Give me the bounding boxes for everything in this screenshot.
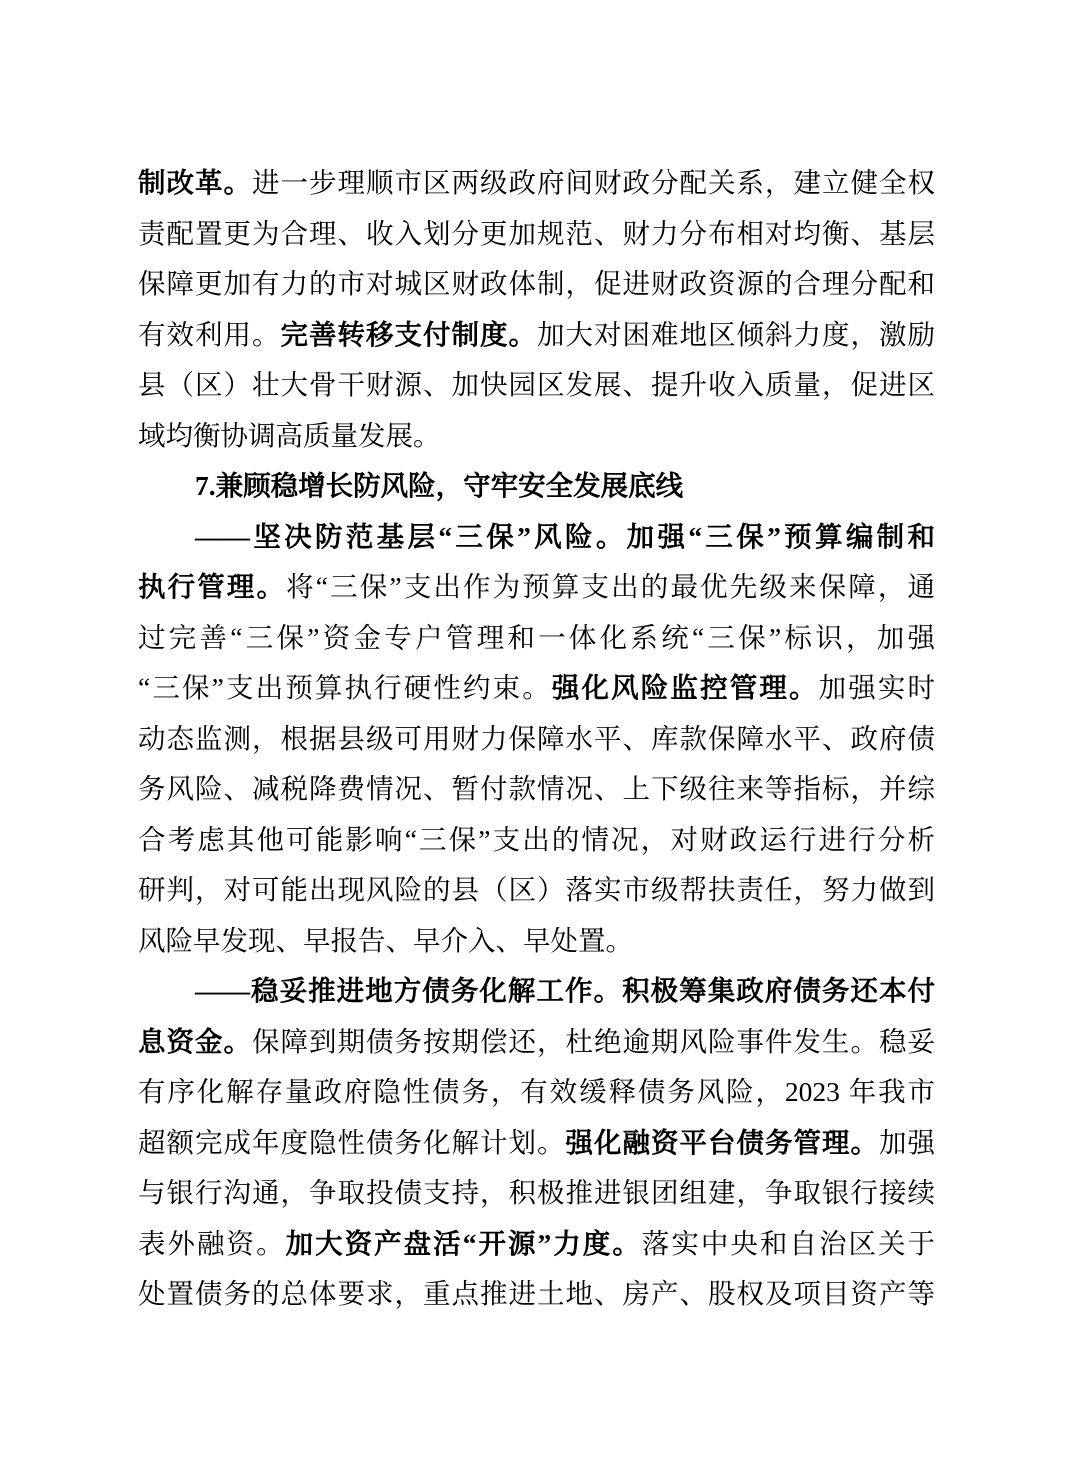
- text-run: 务风险、减税降费情况、暂付款情况、上下级往来等指标，并综: [138, 773, 935, 804]
- text-run: 动态监测，根据县级可用财力保障水平、库款保障水平、政府债: [138, 723, 935, 754]
- text-line: 合考虑其他可能影响“三保”支出的情况，对财政运行进行分析: [138, 815, 935, 866]
- text-run: 加强: [879, 1127, 935, 1158]
- text-line: 有序化解存量政府隐性债务，有效缓释债务风险，2023 年我市: [138, 1067, 935, 1118]
- text-run: 域均衡协调高质量发展。: [138, 420, 441, 451]
- text-line: 制改革。进一步理顺市区两级政府间财政分配关系，建立健全权: [138, 158, 935, 209]
- text-line: 研判，对可能出现风险的县（区）落实市级帮扶责任，努力做到: [138, 865, 935, 916]
- document-body: 制改革。进一步理顺市区两级政府间财政分配关系，建立健全权责配置更为合理、收入划分…: [138, 158, 935, 1320]
- text-run: 县（区）壮大骨干财源、加快园区发展、提升收入质量，促进区: [138, 369, 935, 400]
- bold-text-run: 息资金。: [138, 1026, 252, 1057]
- text-run: 超额完成年度隐性债务化解计划。: [138, 1127, 566, 1158]
- text-line: 执行管理。将“三保”支出作为预算支出的最优先级来保障，通: [138, 562, 935, 613]
- text-line: 动态监测，根据县级可用财力保障水平、库款保障水平、政府债: [138, 714, 935, 765]
- text-line: 息资金。保障到期债务按期偿还，杜绝逾期风险事件发生。稳妥: [138, 1017, 935, 1068]
- text-run: 进一步理顺市区两级政府间财政分配关系，建立健全权: [252, 167, 935, 198]
- text-run: 表外融资。: [138, 1228, 286, 1259]
- text-run: 有效利用。: [138, 319, 281, 350]
- text-run: 风险早发现、早报告、早介入、早处置。: [138, 925, 633, 956]
- text-run: “三保”支出预算执行硬性约束。: [138, 672, 552, 703]
- bold-text-run: 完善转移支付制度。: [281, 319, 538, 350]
- text-line: 务风险、减税降费情况、暂付款情况、上下级往来等指标，并综: [138, 764, 935, 815]
- text-run: 与银行沟通，争取投债支持，积极推进银团组建，争取银行接续: [138, 1177, 935, 1208]
- text-line: 处置债务的总体要求，重点推进土地、房产、股权及项目资产等: [138, 1269, 935, 1320]
- bold-text-run: 加大资产盘活“开源”力度。: [286, 1228, 642, 1259]
- bold-text-run: 制改革。: [138, 167, 252, 198]
- text-run: 将“三保”支出作为预算支出的最优先级来保障，通: [286, 571, 935, 602]
- text-line: ——稳妥推进地方债务化解工作。积极筹集政府债务还本付: [138, 966, 935, 1017]
- text-line: 表外融资。加大资产盘活“开源”力度。落实中央和自治区关于: [138, 1219, 935, 1270]
- text-run: 合考虑其他可能影响“三保”支出的情况，对财政运行进行分析: [138, 824, 935, 855]
- text-run: 加强实时: [819, 672, 935, 703]
- document-page: 制改革。进一步理顺市区两级政府间财政分配关系，建立健全权责配置更为合理、收入划分…: [0, 0, 1074, 1484]
- text-run: 保障到期债务按期偿还，杜绝逾期风险事件发生。稳妥: [252, 1026, 935, 1057]
- text-line: 超额完成年度隐性债务化解计划。强化融资平台债务管理。加强: [138, 1118, 935, 1169]
- text-line: “三保”支出预算执行硬性约束。强化风险监控管理。加强实时: [138, 663, 935, 714]
- text-line: 责配置更为合理、收入划分更加规范、财力分布相对均衡、基层: [138, 209, 935, 260]
- text-line: 域均衡协调高质量发展。: [138, 411, 935, 462]
- text-line: 县（区）壮大骨干财源、加快园区发展、提升收入质量，促进区: [138, 360, 935, 411]
- text-line: ——坚决防范基层“三保”风险。加强“三保”预算编制和: [138, 512, 935, 563]
- text-run: 责配置更为合理、收入划分更加规范、财力分布相对均衡、基层: [138, 218, 935, 249]
- bold-text-run: 强化风险监控管理。: [552, 672, 819, 703]
- text-line: 有效利用。完善转移支付制度。加大对困难地区倾斜力度，激励: [138, 310, 935, 361]
- text-run: 研判，对可能出现风险的县（区）落实市级帮扶责任，努力做到: [138, 874, 935, 905]
- bold-text-run: 7.兼顾稳增长防风险，守牢安全发展底线: [195, 470, 683, 501]
- text-run: 保障更加有力的市对城区财政体制，促进财政资源的合理分配和: [138, 268, 935, 299]
- text-run: 落实中央和自治区关于: [642, 1228, 935, 1259]
- text-run: 加大对困难地区倾斜力度，激励: [537, 319, 935, 350]
- bold-text-run: ——坚决防范基层“三保”风险。加强“三保”预算编制和: [195, 521, 935, 552]
- text-line: 7.兼顾稳增长防风险，守牢安全发展底线: [138, 461, 935, 512]
- text-run: 处置债务的总体要求，重点推进土地、房产、股权及项目资产等: [138, 1278, 935, 1309]
- text-line: 保障更加有力的市对城区财政体制，促进财政资源的合理分配和: [138, 259, 935, 310]
- bold-text-run: 强化融资平台债务管理。: [566, 1127, 880, 1158]
- text-run: 过完善“三保”资金专户管理和一体化系统“三保”标识，加强: [138, 622, 935, 653]
- bold-text-run: ——稳妥推进地方债务化解工作。积极筹集政府债务还本付: [195, 975, 935, 1006]
- text-line: 风险早发现、早报告、早介入、早处置。: [138, 916, 935, 967]
- text-line: 过完善“三保”资金专户管理和一体化系统“三保”标识，加强: [138, 613, 935, 664]
- bold-text-run: 执行管理。: [138, 571, 286, 602]
- text-run: 有序化解存量政府隐性债务，有效缓释债务风险，2023 年我市: [138, 1076, 935, 1107]
- text-line: 与银行沟通，争取投债支持，积极推进银团组建，争取银行接续: [138, 1168, 935, 1219]
